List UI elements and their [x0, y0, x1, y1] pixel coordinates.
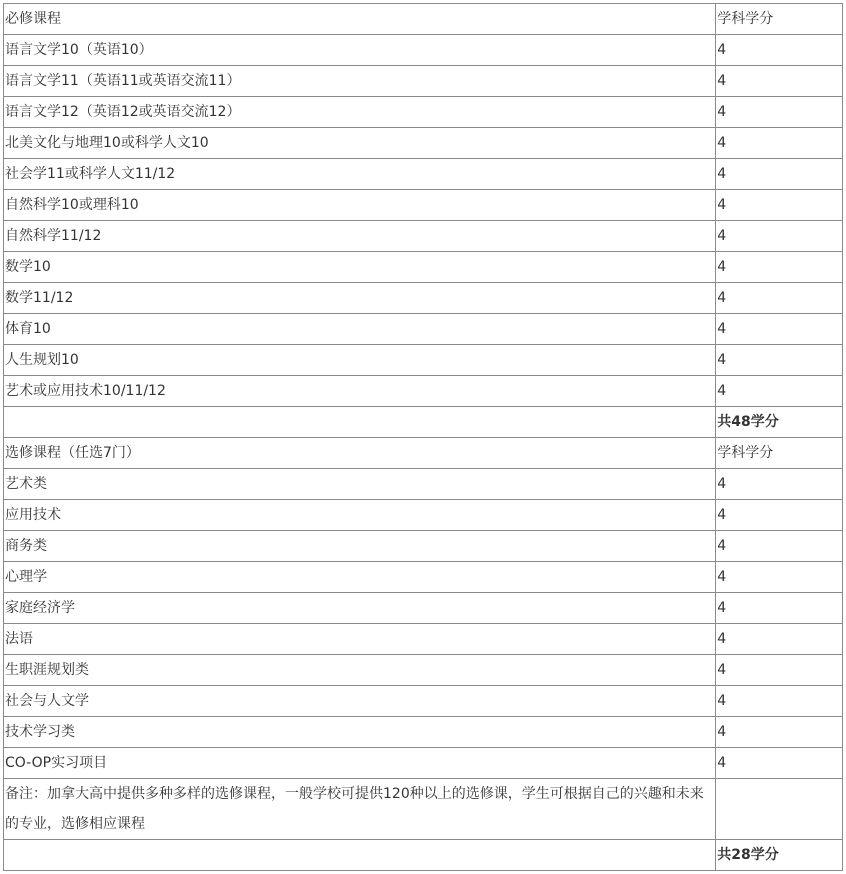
elective-header-credits: 学科学分 [716, 438, 843, 469]
course-name: 技术学习类 [4, 717, 716, 748]
course-credits: 4 [716, 66, 843, 97]
course-credits: 4 [716, 655, 843, 686]
course-credits: 4 [716, 221, 843, 252]
course-name: 社会与人文学 [4, 686, 716, 717]
course-name: 家庭经济学 [4, 593, 716, 624]
course-name: 语言文学11（英语11或英语交流11） [4, 66, 716, 97]
course-credits: 4 [716, 624, 843, 655]
course-credits: 4 [716, 686, 843, 717]
required-total-credits: 共48学分 [716, 407, 843, 438]
table-row: 技术学习类 4 [4, 717, 843, 748]
course-name: 数学10 [4, 252, 716, 283]
course-name: 应用技术 [4, 500, 716, 531]
required-header-row: 必修课程 学科学分 [4, 4, 843, 35]
elective-total-row: 共28学分 [4, 840, 843, 871]
table-row: 人生规划10 4 [4, 345, 843, 376]
table-row: 心理学 4 [4, 562, 843, 593]
course-credits: 4 [716, 190, 843, 221]
elective-header-row: 选修课程（任选7门） 学科学分 [4, 438, 843, 469]
remark-row: 备注：加拿大高中提供多种多样的选修课程，一般学校可提供120种以上的选修课，学生… [4, 779, 843, 840]
course-credits: 4 [716, 159, 843, 190]
required-total-row: 共48学分 [4, 407, 843, 438]
table-row: 数学10 4 [4, 252, 843, 283]
course-name: 艺术或应用技术10/11/12 [4, 376, 716, 407]
course-credits: 4 [716, 469, 843, 500]
course-name: 自然科学11/12 [4, 221, 716, 252]
table-row: 艺术类 4 [4, 469, 843, 500]
table-row: 社会学11或科学人文11/12 4 [4, 159, 843, 190]
table-row: 应用技术 4 [4, 500, 843, 531]
table-row: 语言文学12（英语12或英语交流12） 4 [4, 97, 843, 128]
course-name: 语言文学12（英语12或英语交流12） [4, 97, 716, 128]
remark-text: 备注：加拿大高中提供多种多样的选修课程，一般学校可提供120种以上的选修课，学生… [4, 779, 716, 840]
course-credits: 4 [716, 314, 843, 345]
course-name: CO-OP实习项目 [4, 748, 716, 779]
course-name: 社会学11或科学人文11/12 [4, 159, 716, 190]
course-credits: 4 [716, 593, 843, 624]
course-credits: 4 [716, 128, 843, 159]
required-header-credits: 学科学分 [716, 4, 843, 35]
table-row: 法语 4 [4, 624, 843, 655]
table-row: 家庭经济学 4 [4, 593, 843, 624]
course-credits: 4 [716, 376, 843, 407]
course-name: 语言文学10（英语10） [4, 35, 716, 66]
course-credits: 4 [716, 252, 843, 283]
elective-header-course: 选修课程（任选7门） [4, 438, 716, 469]
course-name: 人生规划10 [4, 345, 716, 376]
table-row: 体育10 4 [4, 314, 843, 345]
table-row: 商务类 4 [4, 531, 843, 562]
table-row: 生职涯规划类 4 [4, 655, 843, 686]
course-name: 法语 [4, 624, 716, 655]
table-row: 数学11/12 4 [4, 283, 843, 314]
course-credits: 4 [716, 97, 843, 128]
table-row: 自然科学10或理科10 4 [4, 190, 843, 221]
table-row: CO-OP实习项目 4 [4, 748, 843, 779]
table-row: 语言文学10（英语10） 4 [4, 35, 843, 66]
course-credits: 4 [716, 345, 843, 376]
course-credits: 4 [716, 500, 843, 531]
course-name: 体育10 [4, 314, 716, 345]
empty-cell [716, 779, 843, 840]
course-name: 商务类 [4, 531, 716, 562]
course-name: 自然科学10或理科10 [4, 190, 716, 221]
course-name: 北美文化与地理10或科学人文10 [4, 128, 716, 159]
course-name: 心理学 [4, 562, 716, 593]
empty-cell [4, 407, 716, 438]
course-credits: 4 [716, 748, 843, 779]
table-row: 艺术或应用技术10/11/12 4 [4, 376, 843, 407]
course-credits: 4 [716, 283, 843, 314]
required-header-course: 必修课程 [4, 4, 716, 35]
course-credits-table: 必修课程 学科学分 语言文学10（英语10） 4 语言文学11（英语11或英语交… [3, 3, 843, 871]
empty-cell [4, 840, 716, 871]
table-row: 自然科学11/12 4 [4, 221, 843, 252]
course-credits: 4 [716, 531, 843, 562]
table-row: 语言文学11（英语11或英语交流11） 4 [4, 66, 843, 97]
course-name: 艺术类 [4, 469, 716, 500]
course-name: 数学11/12 [4, 283, 716, 314]
table-row: 社会与人文学 4 [4, 686, 843, 717]
elective-total-credits: 共28学分 [716, 840, 843, 871]
course-credits: 4 [716, 35, 843, 66]
course-name: 生职涯规划类 [4, 655, 716, 686]
course-credits: 4 [716, 717, 843, 748]
course-credits: 4 [716, 562, 843, 593]
table-row: 北美文化与地理10或科学人文10 4 [4, 128, 843, 159]
